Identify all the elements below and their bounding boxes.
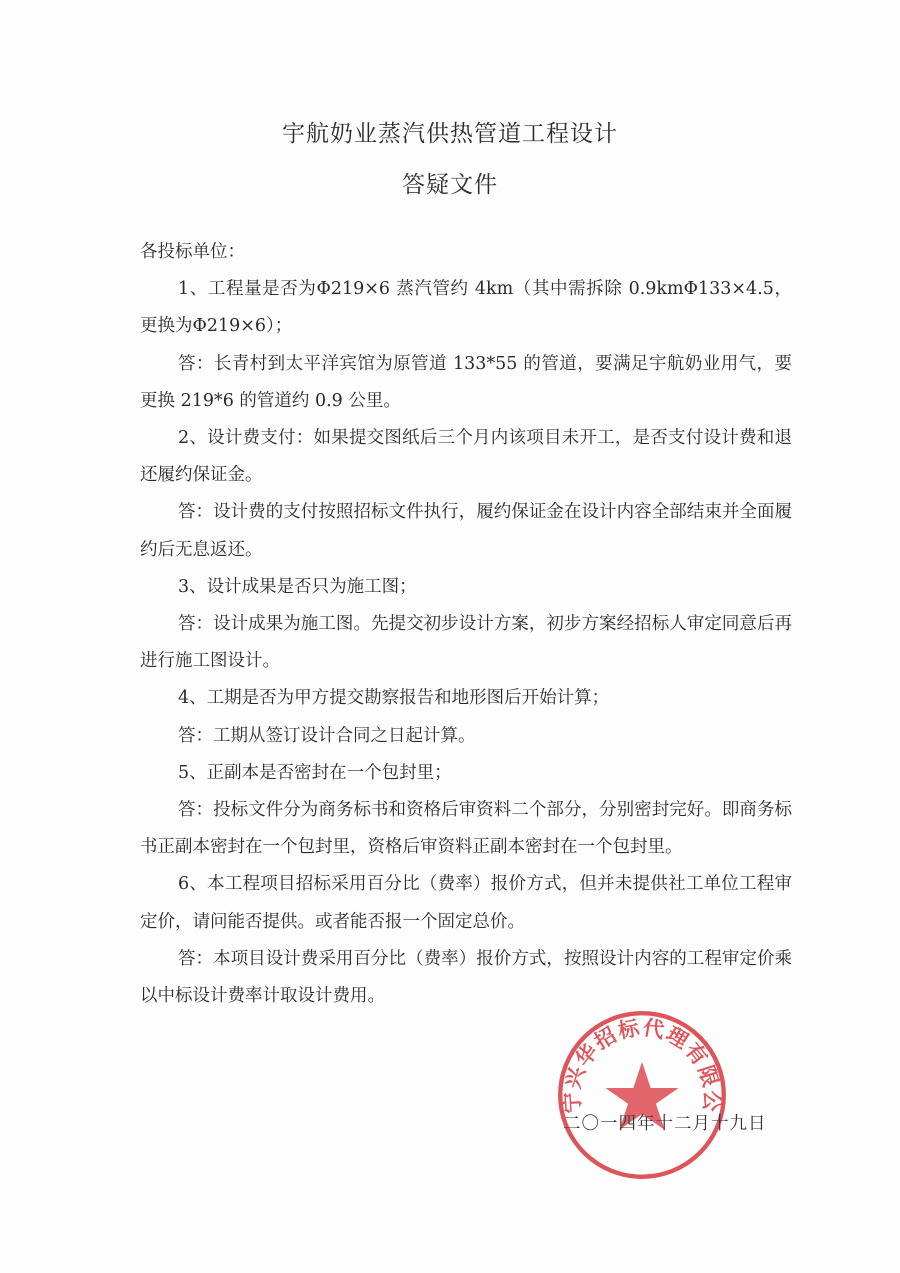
question-3: 3、设计成果是否只为施工图； (140, 569, 792, 606)
answer-4: 答：工期从签订设计合同之日起计算。 (140, 718, 792, 755)
signature-date: 二〇一四年十二月十九日 (563, 1110, 767, 1135)
question-2: 2、设计费支付：如果提交图纸后三个月内该项目未开工，是否支付设计费和退还履约保证… (140, 420, 792, 494)
answer-5: 答：投标文件分为商务标书和资格后审资料二个部分，分别密封完好。即商务标书正副本密… (140, 792, 792, 866)
answer-3: 答：设计成果为施工图。先提交初步设计方案，初步方案经招标人审定同意后再进行施工图… (140, 606, 792, 680)
greeting: 各投标单位： (140, 234, 792, 271)
answer-1: 答：长青村到太平洋宾馆为原管道 133*55 的管道，要满足宇航奶业用气，要更换… (140, 346, 792, 420)
answer-2: 答：设计费的支付按照招标文件执行，履约保证金在设计内容全部结束并全面履约后无息返… (140, 494, 792, 568)
question-4: 4、工期是否为甲方提交勘察报告和地形图后开始计算； (140, 680, 792, 717)
answer-6: 答：本项目设计费采用百分比（费率）报价方式，按照设计内容的工程审定价乘以中标设计… (140, 941, 792, 1015)
question-1: 1、工程量是否为Φ219×6 蒸汽管约 4km（其中需拆除 0.9kmΦ133×… (140, 271, 792, 345)
document-body: 各投标单位： 1、工程量是否为Φ219×6 蒸汽管约 4km（其中需拆除 0.9… (140, 234, 792, 1015)
question-5: 5、正副本是否密封在一个包封里； (140, 755, 792, 792)
question-6: 6、本工程项目招标采用百分比（费率）报价方式，但并未提供社工单位工程审定价，请问… (140, 866, 792, 940)
document-title: 宇航奶业蒸汽供热管道工程设计 (0, 115, 900, 148)
company-seal-stamp-icon: 辽宁兴华招标代理有限公司 (555, 1008, 729, 1182)
document-subtitle: 答疑文件 (0, 166, 900, 199)
